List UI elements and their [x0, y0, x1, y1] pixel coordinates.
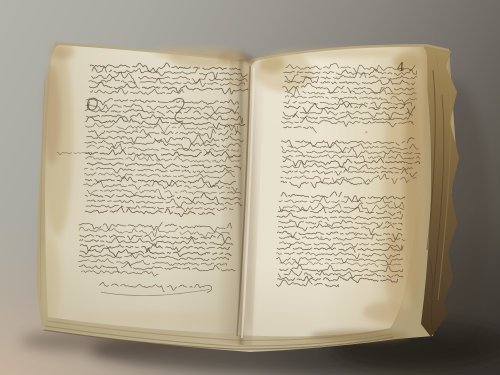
foxing-speck [136, 128, 138, 130]
foxing-speck [320, 236, 322, 238]
foxing-speck [172, 246, 174, 248]
age-stain [240, 53, 246, 58]
folio-number: 4 [395, 60, 405, 75]
age-stain [384, 230, 408, 310]
manuscript-svg: 4 [0, 0, 500, 375]
age-stain [43, 65, 61, 165]
age-stain [275, 48, 395, 58]
foxing-speck [355, 232, 357, 234]
foxing-speck [95, 258, 96, 259]
foxing-speck [365, 131, 367, 133]
age-stain [70, 312, 230, 328]
manuscript-photo-scene: 4 [0, 0, 500, 375]
age-stain [40, 240, 60, 320]
foxing-speck [354, 247, 356, 249]
age-stain [154, 46, 190, 58]
foxing-speck [142, 238, 143, 239]
age-stain [310, 330, 410, 342]
age-stain [50, 45, 74, 59]
